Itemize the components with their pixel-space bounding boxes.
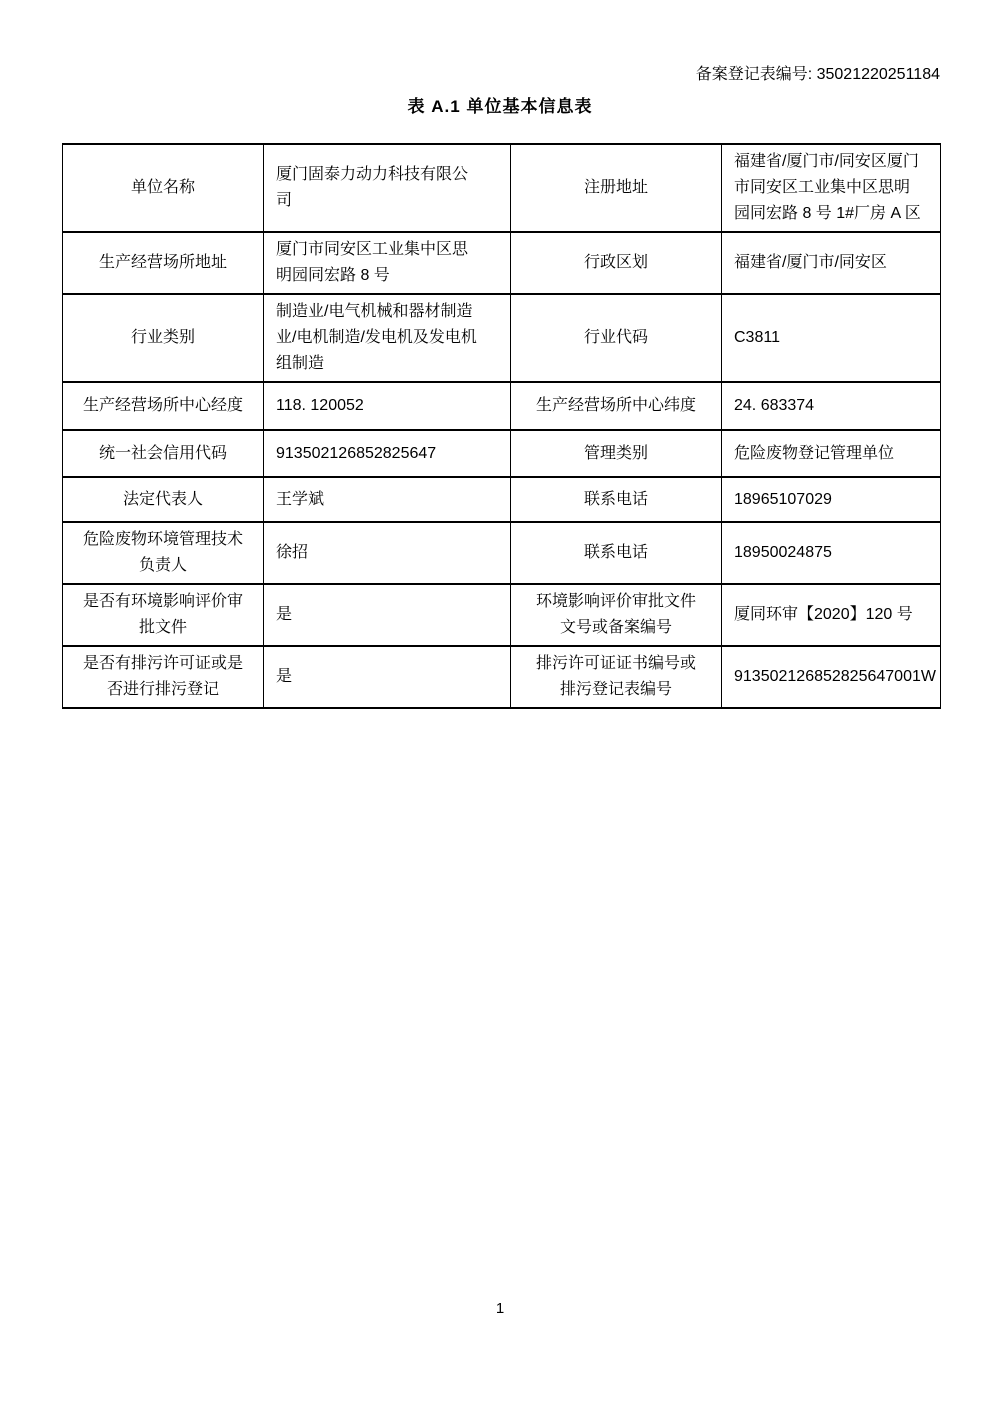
row-label-management-category: 管理类别 [511, 430, 722, 477]
row-value-has-discharge-permit: 是 [264, 646, 511, 708]
row-label-industry-category: 行业类别 [63, 294, 264, 382]
table-row: 统一社会信用代码 913502126852825647 管理类别 危险废物登记管… [63, 430, 941, 477]
row-label-production-address: 生产经营场所地址 [63, 232, 264, 294]
table-row: 单位名称 厦门固泰力动力科技有限公 司 注册地址 福建省/厦门市/同安区厦门 市… [63, 144, 941, 232]
row-label-registered-address: 注册地址 [511, 144, 722, 232]
row-label-hazwaste-manager: 危险废物环境管理技术 负责人 [63, 522, 264, 584]
row-label-has-discharge-permit: 是否有排污许可证或是 否进行排污登记 [63, 646, 264, 708]
row-value-legal-representative: 王学斌 [264, 477, 511, 522]
row-value-unit-name: 厦门固泰力动力科技有限公 司 [264, 144, 511, 232]
registration-number-line: 备案登记表编号: 35021220251184 [696, 65, 940, 85]
table-title: 表 A.1 单位基本信息表 [0, 92, 1000, 117]
table-row: 生产经营场所地址 厦门市同安区工业集中区思 明园同宏路 8 号 行政区划 福建省… [63, 232, 941, 294]
row-label-discharge-permit-number: 排污许可证证书编号或 排污登记表编号 [511, 646, 722, 708]
row-value-industry-code: C3811 [722, 294, 941, 382]
row-label-contact-phone-1: 联系电话 [511, 477, 722, 522]
row-value-latitude: 24. 683374 [722, 382, 941, 430]
row-label-credit-code: 统一社会信用代码 [63, 430, 264, 477]
row-label-industry-code: 行业代码 [511, 294, 722, 382]
table-row: 法定代表人 王学斌 联系电话 18965107029 [63, 477, 941, 522]
row-label-legal-representative: 法定代表人 [63, 477, 264, 522]
row-value-has-eia-document: 是 [264, 584, 511, 646]
row-label-latitude: 生产经营场所中心纬度 [511, 382, 722, 430]
table-row: 行业类别 制造业/电气机械和器材制造 业/电机制造/发电机及发电机 组制造 行业… [63, 294, 941, 382]
row-value-credit-code: 913502126852825647 [264, 430, 511, 477]
table-row: 是否有环境影响评价审 批文件 是 环境影响评价审批文件 文号或备案编号 厦同环审… [63, 584, 941, 646]
row-label-administrative-division: 行政区划 [511, 232, 722, 294]
row-label-eia-document-number: 环境影响评价审批文件 文号或备案编号 [511, 584, 722, 646]
row-value-administrative-division: 福建省/厦门市/同安区 [722, 232, 941, 294]
row-label-longitude: 生产经营场所中心经度 [63, 382, 264, 430]
page-number: 1 [0, 1300, 1000, 1317]
unit-basic-info-table: 单位名称 厦门固泰力动力科技有限公 司 注册地址 福建省/厦门市/同安区厦门 市… [62, 143, 941, 709]
row-value-contact-phone-2: 18950024875 [722, 522, 941, 584]
row-value-hazwaste-manager: 徐招 [264, 522, 511, 584]
table-row: 是否有排污许可证或是 否进行排污登记 是 排污许可证证书编号或 排污登记表编号 … [63, 646, 941, 708]
table-row: 危险废物环境管理技术 负责人 徐招 联系电话 18950024875 [63, 522, 941, 584]
row-value-production-address: 厦门市同安区工业集中区思 明园同宏路 8 号 [264, 232, 511, 294]
row-value-contact-phone-1: 18965107029 [722, 477, 941, 522]
row-value-longitude: 118. 120052 [264, 382, 511, 430]
row-value-management-category: 危险废物登记管理单位 [722, 430, 941, 477]
row-label-contact-phone-2: 联系电话 [511, 522, 722, 584]
row-label-unit-name: 单位名称 [63, 144, 264, 232]
row-value-registered-address: 福建省/厦门市/同安区厦门 市同安区工业集中区思明 园同宏路 8 号 1#厂房 … [722, 144, 941, 232]
document-page: 备案登记表编号: 35021220251184 表 A.1 单位基本信息表 单位… [0, 0, 1000, 1414]
row-value-discharge-permit-number: 913502126852825647001W [722, 646, 941, 708]
row-value-eia-document-number: 厦同环审【2020】120 号 [722, 584, 941, 646]
row-value-industry-category: 制造业/电气机械和器材制造 业/电机制造/发电机及发电机 组制造 [264, 294, 511, 382]
row-label-has-eia-document: 是否有环境影响评价审 批文件 [63, 584, 264, 646]
table-row: 生产经营场所中心经度 118. 120052 生产经营场所中心纬度 24. 68… [63, 382, 941, 430]
